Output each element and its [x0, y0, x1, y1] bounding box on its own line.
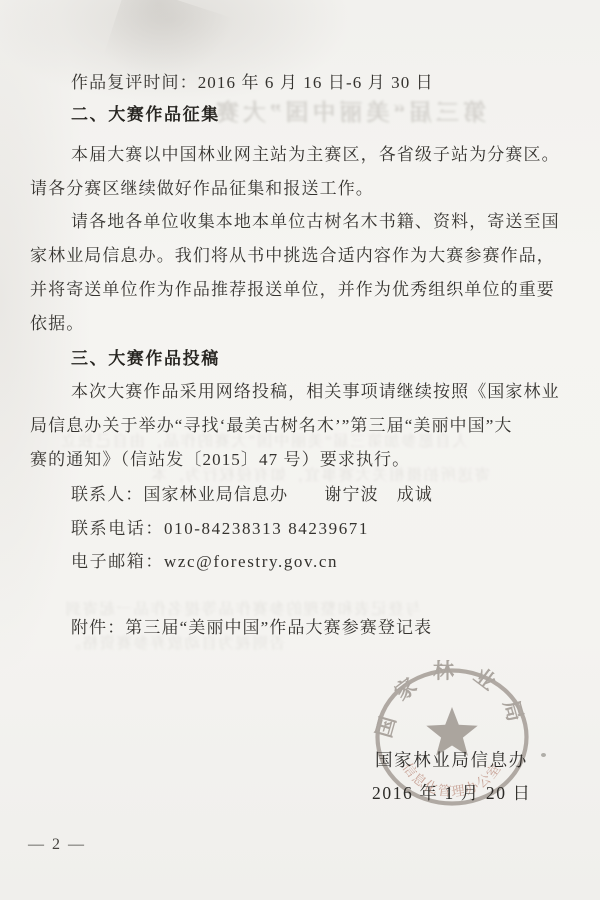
- paragraph-line: 局信息办关于举办“寻找‘最美古树名木’”第三届“美丽中国”大: [30, 411, 513, 436]
- paragraph-line: 本届大赛以中国林业网主站为主赛区，各省级子站为分赛区。: [71, 140, 560, 165]
- section-3-heading: 三、大赛作品投稿: [71, 344, 220, 369]
- page-number: — 2 —: [28, 836, 86, 854]
- attachment-line: 附件：第三届“美丽中国”作品大赛参赛登记表: [71, 613, 432, 638]
- bleedthrough-text: 第三届“美丽中国”大赛: [212, 94, 486, 127]
- paragraph-line: 并将寄送单位作为作品推荐报送单位，并作为优秀组织单位的重要: [30, 275, 555, 300]
- contact-person-line: 联系人：国家林业局信息办 谢宁波 成诚: [71, 480, 433, 505]
- paragraph-line: 依据。: [30, 309, 84, 334]
- signature-date: 2016 年 1 月 20 日: [372, 780, 532, 805]
- paragraph-line: 请各分赛区继续做好作品征集和报送工作。: [30, 174, 374, 199]
- section-2-heading: 二、大赛作品征集: [71, 100, 220, 125]
- paragraph-line: 赛的通知》（信站发〔2015〕47 号）要求执行。: [30, 445, 410, 470]
- paragraph-line: 家林业局信息办。我们将从书中挑选合适内容作为大赛参赛作品，: [30, 241, 555, 266]
- contact-email-line: 电子邮箱：wzc@forestry.gov.cn: [71, 547, 338, 572]
- signature-office: 国家林业局信息办: [375, 747, 528, 772]
- review-time-line: 作品复评时间：2016 年 6 月 16 日-6 月 30 日: [71, 68, 434, 93]
- contact-phone-line: 联系电话：010-84238313 84239671: [71, 514, 369, 539]
- scanned-document-page: 第三届“美丽中国”大赛 人自愿参加第三届“美丽中国”大赛的作品，由自己独立 寄送…: [0, 0, 600, 900]
- paragraph-line: 本次大赛作品采用网络投稿，相关事项请继续按照《国家林业: [71, 377, 560, 402]
- paragraph-line: 请各地各单位收集本地本单位古树名木书籍、资料，寄送至国: [71, 207, 560, 232]
